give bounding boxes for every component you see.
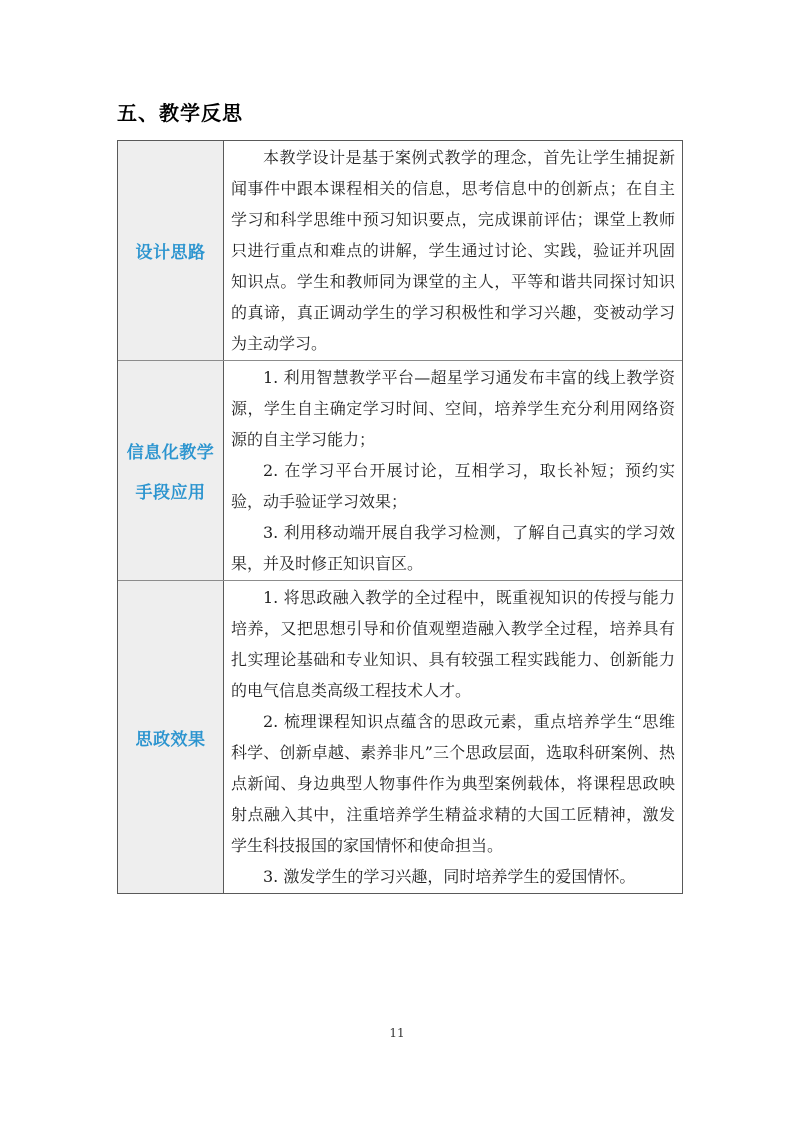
row-label-text: 设计思路 (136, 238, 206, 263)
row-content-ideological-effect: 1. 将思政融入教学的全过程中，既重视知识的传授与能力培养，又把思想引导和价值观… (224, 581, 682, 893)
paragraph: 3. 激发学生的学习兴趣，同时培养学生的爱国情怀。 (231, 861, 675, 892)
teaching-reflection-table: 设计思路 本教学设计是基于案例式教学的理念，首先让学生捕捉新闻事件中跟本课程相关… (117, 140, 683, 894)
page-number: 11 (0, 1026, 794, 1040)
row-label-text-line2: 手段应用 (136, 478, 206, 503)
row-content-it-teaching-methods: 1. 利用智慧教学平台—超星学习通发布丰富的线上教学资源，学生自主确定学习时间、… (224, 361, 682, 580)
row-label-it-teaching-methods: 信息化教学 手段应用 (118, 361, 224, 580)
row-label-ideological-effect: 思政效果 (118, 581, 224, 893)
row-label-text-line1: 信息化教学 (127, 438, 215, 463)
paragraph: 1. 利用智慧教学平台—超星学习通发布丰富的线上教学资源，学生自主确定学习时间、… (231, 362, 675, 455)
row-label-text: 思政效果 (136, 725, 206, 750)
paragraph: 2. 梳理课程知识点蕴含的思政元素，重点培养学生“思维科学、创新卓越、素养非凡”… (231, 706, 675, 861)
paragraph: 本教学设计是基于案例式教学的理念，首先让学生捕捉新闻事件中跟本课程相关的信息，思… (231, 142, 675, 359)
table-row-ideological-effect: 思政效果 1. 将思政融入教学的全过程中，既重视知识的传授与能力培养，又把思想引… (118, 580, 682, 893)
section-heading: 五、教学反思 (117, 97, 243, 126)
row-label-design-idea: 设计思路 (118, 141, 224, 360)
table-row-it-teaching-methods: 信息化教学 手段应用 1. 利用智慧教学平台—超星学习通发布丰富的线上教学资源，… (118, 360, 682, 580)
document-page: 五、教学反思 设计思路 本教学设计是基于案例式教学的理念，首先让学生捕捉新闻事件… (0, 0, 794, 1123)
paragraph: 1. 将思政融入教学的全过程中，既重视知识的传授与能力培养，又把思想引导和价值观… (231, 582, 675, 706)
paragraph: 3. 利用移动端开展自我学习检测，了解自己真实的学习效果，并及时修正知识盲区。 (231, 517, 675, 579)
paragraph: 2. 在学习平台开展讨论，互相学习，取长补短；预约实验，动手验证学习效果； (231, 455, 675, 517)
row-content-design-idea: 本教学设计是基于案例式教学的理念，首先让学生捕捉新闻事件中跟本课程相关的信息，思… (224, 141, 682, 360)
table-row-design-idea: 设计思路 本教学设计是基于案例式教学的理念，首先让学生捕捉新闻事件中跟本课程相关… (118, 141, 682, 360)
